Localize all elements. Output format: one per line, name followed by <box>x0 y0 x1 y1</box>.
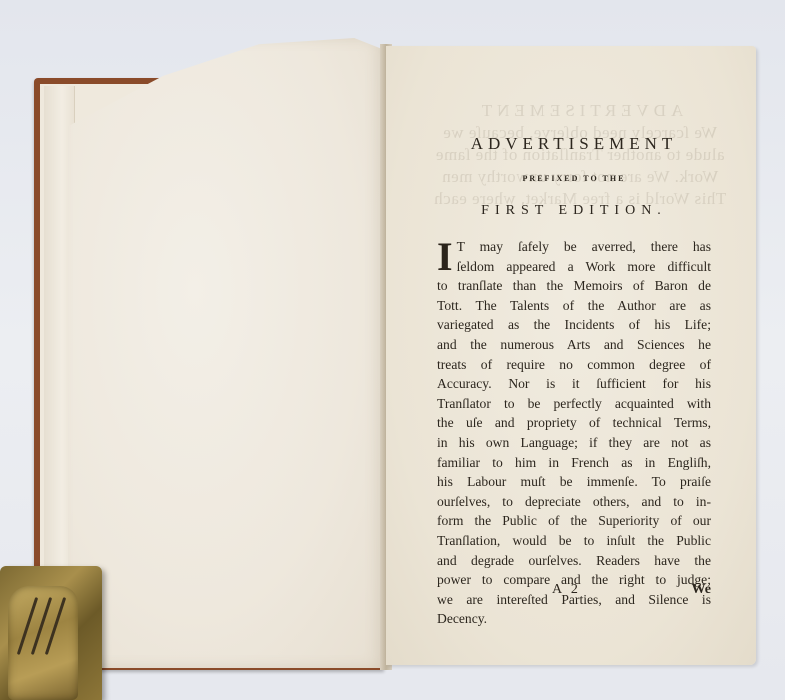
edition-heading: FIRST EDITION. <box>437 203 711 225</box>
page-subtitle: PREFIXED TO THE <box>437 174 711 186</box>
text-line: Tott. The Talents of the Author are as <box>437 296 711 316</box>
catchword: We <box>692 582 711 598</box>
page-title: ADVERTISEMENT <box>437 134 711 158</box>
book-photo: ADVERTISEMENT We ſcarcely need obſerve, … <box>0 0 785 700</box>
text-line: in his own Language; if they are not as <box>437 433 711 453</box>
advertisement-text: ADVERTISEMENT PREFIXED TO THE FIRST EDIT… <box>437 134 711 629</box>
text-line: ourſelves, to depreciate others, and to … <box>437 492 711 512</box>
body-paragraph: I T may ſafely be averred, there has ſel… <box>437 237 711 629</box>
text-line: Tranſlation, would be to inſult the Publ… <box>437 531 711 551</box>
text-line: ſeldom appeared a Work more difficult <box>437 257 711 277</box>
brass-page-holder <box>0 566 102 700</box>
blank-left-page <box>68 38 386 668</box>
text-line: T may ſafely be averred, there has <box>437 237 711 257</box>
text-line: variegated as the Incidents of his Life; <box>437 315 711 335</box>
text-line: Decency. <box>437 609 711 629</box>
page-footer: A 2 We <box>437 582 711 602</box>
text-line: his Labour muſt be immenſe. To praiſe <box>437 472 711 492</box>
text-line: to tranſlate than the Memoirs of Baron d… <box>437 276 711 296</box>
brass-hand-icon <box>8 586 78 700</box>
text-line: and the numerous Arts and Sciences he <box>437 335 711 355</box>
text-line: Tranſlator to be perfectly acquainted wi… <box>437 394 711 414</box>
text-line: treats of require no common degree of <box>437 355 711 375</box>
signature-mark: A 2 <box>552 582 581 598</box>
text-line: Accuracy. Nor is it ſufficient for his <box>437 374 711 394</box>
drop-cap: I <box>437 239 453 275</box>
ghost-line: ADVERTISEMENT <box>430 100 730 122</box>
text-line: the uſe and propriety of technical Terms… <box>437 413 711 433</box>
text-line: form the Public of the Superiority of ou… <box>437 511 711 531</box>
text-line: familiar to him in French as in Engliſh, <box>437 453 711 473</box>
text-line: and degrade ourſelves. Readers have the <box>437 551 711 571</box>
